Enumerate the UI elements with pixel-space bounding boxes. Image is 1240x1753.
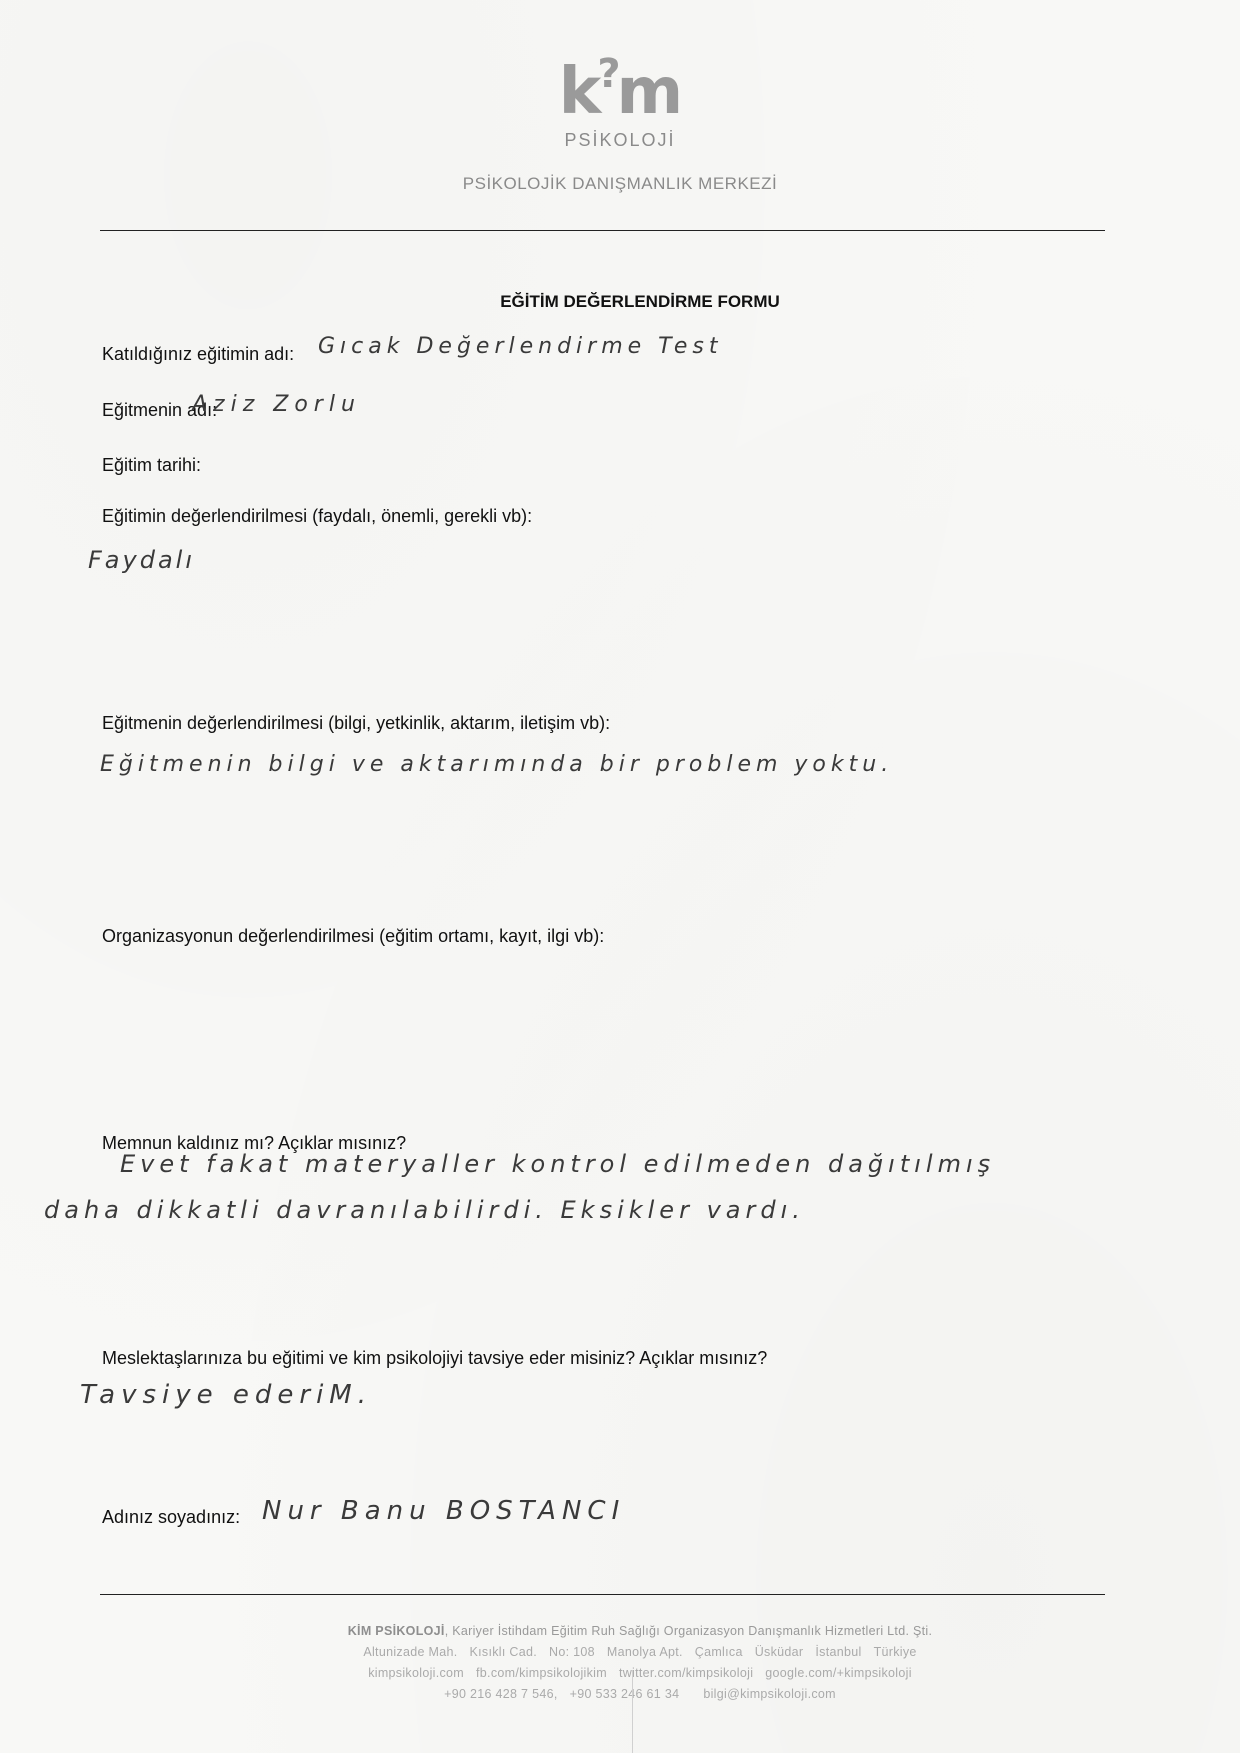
logo-tagline: PSİKOLOJİK DANIŞMANLIK MERKEZİ (0, 174, 1240, 194)
form-title: EĞİTİM DEĞERLENDİRME FORMU (0, 292, 1240, 312)
footer-company: KİM PSİKOLOJİ, Kariyer İstihdam Eğitim R… (0, 1624, 1240, 1638)
satisfaction-answer-line-2[interactable]: daha dikkatli davranılabilirdi. Eksikler… (44, 1196, 805, 1224)
training-evaluation-label: Eğitimin değerlendirilmesi (faydalı, öne… (102, 506, 532, 527)
twitter-link: twitter.com/kimpsikoloji (619, 1666, 753, 1680)
footer-links: kimpsikoloji.comfb.com/kimpsikolojikimtw… (0, 1666, 1240, 1680)
kim-psikoloji-logo: k?m PSİKOLOJİ (540, 62, 700, 151)
satisfaction-answer-line-1[interactable]: Evet fakat materyaller kontrol edilmeden… (120, 1150, 995, 1178)
address-part: Altunizade Mah. (363, 1645, 457, 1659)
address-part: İstanbul (815, 1645, 861, 1659)
training-name-label: Katıldığınız eğitimin adı: (102, 344, 294, 365)
organization-evaluation-label: Organizasyonun değerlendirilmesi (eğitim… (102, 926, 604, 947)
recommendation-answer[interactable]: Tavsiye ederiM. (80, 1380, 372, 1410)
trainer-evaluation-answer[interactable]: Eğitmenin bilgi ve aktarımında bir probl… (100, 752, 893, 777)
scan-fold-line (632, 1670, 633, 1753)
respondent-name-label: Adınız soyadınız: (102, 1507, 240, 1528)
footer-address: Altunizade Mah.Kısıklı Cad.No: 108Manoly… (0, 1645, 1240, 1659)
trainer-evaluation-label: Eğitmenin değerlendirilmesi (bilgi, yetk… (102, 713, 610, 734)
training-evaluation-answer[interactable]: Faydalı (88, 546, 195, 574)
phone-2: +90 533 246 61 34 (570, 1687, 680, 1701)
footer-divider (100, 1594, 1105, 1595)
trainer-name-answer[interactable]: Aziz Zorlu (192, 392, 361, 417)
email: bilgi@kimpsikoloji.com (703, 1687, 836, 1701)
address-part: Kısıklı Cad. (469, 1645, 537, 1659)
question-mark-icon: ? (597, 51, 618, 97)
training-date-label: Eğitim tarihi: (102, 455, 201, 476)
footer-company-name: KİM PSİKOLOJİ (348, 1624, 445, 1638)
footer-company-desc: , Kariyer İstihdam Eğitim Ruh Sağlığı Or… (445, 1624, 933, 1638)
recommendation-label: Meslektaşlarınıza bu eğitimi ve kim psik… (102, 1348, 767, 1369)
document-page: k?m PSİKOLOJİ PSİKOLOJİK DANIŞMANLIK MER… (0, 0, 1240, 1753)
address-part: No: 108 (549, 1645, 595, 1659)
address-part: Manolya Apt. (607, 1645, 683, 1659)
training-name-answer[interactable]: Gıcak Değerlendirme Test (318, 334, 723, 359)
respondent-name-answer[interactable]: Nur Banu BOSTANCI (262, 1496, 625, 1526)
address-part: Çamlıca (695, 1645, 743, 1659)
google-plus-link: google.com/+kimpsikoloji (765, 1666, 912, 1680)
address-part: Türkiye (874, 1645, 917, 1659)
website-link: kimpsikoloji.com (368, 1666, 464, 1680)
address-part: Üsküdar (755, 1645, 804, 1659)
facebook-link: fb.com/kimpsikolojikim (476, 1666, 607, 1680)
header-divider (100, 230, 1105, 231)
logo-subtitle: PSİKOLOJİ (540, 130, 700, 151)
logo-letter-m: m (617, 55, 682, 129)
logo-letter-k: k (559, 55, 600, 129)
phone-1: +90 216 428 7 546, (444, 1687, 558, 1701)
logo-mark: k?m (540, 62, 700, 130)
footer-contact: +90 216 428 7 546,+90 533 246 61 34bilgi… (0, 1687, 1240, 1701)
